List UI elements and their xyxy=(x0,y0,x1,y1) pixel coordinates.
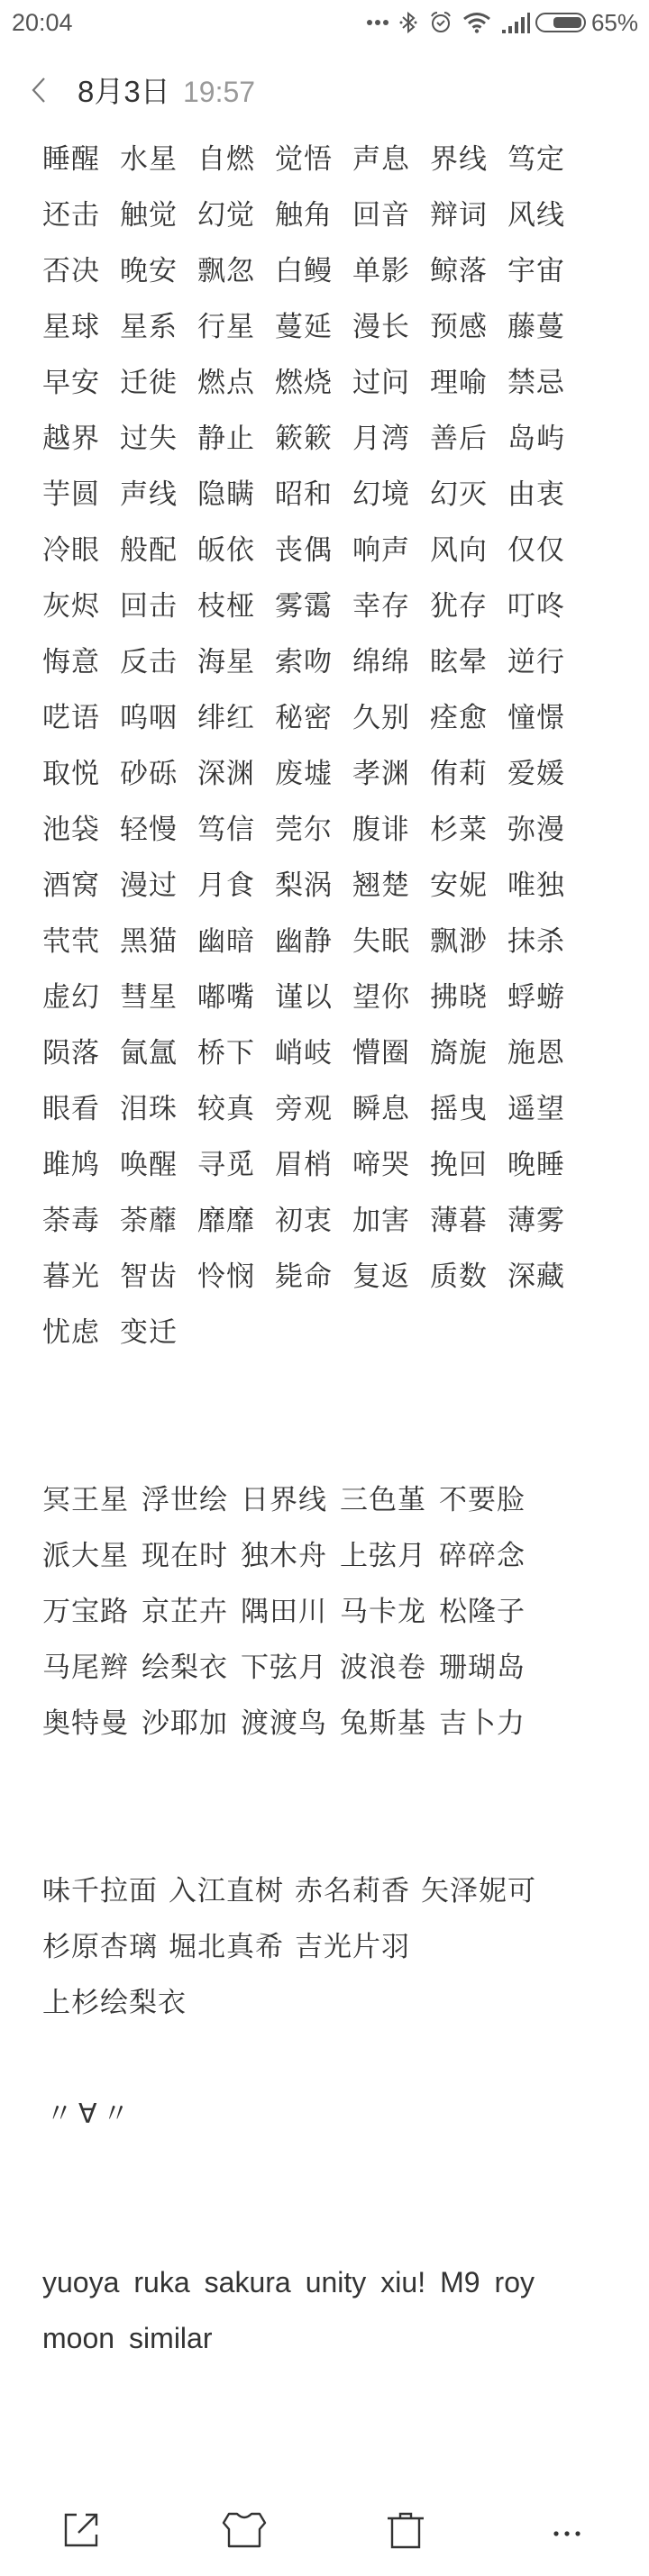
note-word: roy xyxy=(495,2254,535,2310)
note-word: 下弦月 xyxy=(241,1640,327,1696)
note-word: 风线 xyxy=(507,187,565,243)
note-time: 19:57 xyxy=(183,76,255,108)
note-word: 飘忽 xyxy=(197,243,255,299)
note-word: 京芷卉 xyxy=(142,1584,228,1640)
note-word: 变迁 xyxy=(120,1305,178,1361)
note-line: 芋圆声线隐瞒昭和幻境幻灭由衷 xyxy=(42,467,628,523)
note-word: 松隆子 xyxy=(439,1584,526,1640)
note-word: 取悦 xyxy=(42,746,100,802)
note-word: 呓语 xyxy=(42,690,100,746)
note-word: ruka xyxy=(133,2254,189,2310)
note-word: 虚幻 xyxy=(42,969,100,1025)
note-word: 眩晕 xyxy=(430,634,488,690)
note-word: 迁徙 xyxy=(120,355,178,411)
note-line: 否决晚安飘忽白鳗单影鲸落宇宙 xyxy=(42,243,628,299)
note-line: 万宝路京芷卉隅田川马卡龙松隆子 xyxy=(42,1584,628,1640)
note-word: 挽回 xyxy=(430,1137,488,1193)
note-word: 碎碎念 xyxy=(439,1528,526,1584)
blank-line xyxy=(42,2031,628,2087)
note-word: 禁忌 xyxy=(507,355,565,411)
note-word: 回击 xyxy=(120,578,178,634)
note-word: 陨落 xyxy=(42,1025,100,1081)
note-word: 上弦月 xyxy=(340,1528,426,1584)
note-word: 幻灭 xyxy=(430,467,488,523)
note-word: 氤氲 xyxy=(120,1025,178,1081)
note-word: 砂砾 xyxy=(120,746,178,802)
note-word: 摇曳 xyxy=(430,1081,488,1137)
note-word: 杉原杏璃 xyxy=(42,1919,158,1975)
note-word: 吉光片羽 xyxy=(295,1919,410,1975)
note-word: 波浪卷 xyxy=(340,1640,426,1696)
note-word: 雾霭 xyxy=(275,578,333,634)
note-line: 眼看泪珠较真旁观瞬息摇曳遥望 xyxy=(42,1081,628,1137)
note-line: 酒窝漫过月食梨涡翘楚安妮唯独 xyxy=(42,858,628,914)
note-word: 轻慢 xyxy=(120,802,178,858)
note-word: 荼毒 xyxy=(42,1193,100,1249)
note-word: 笃信 xyxy=(197,802,255,858)
note-word: 由衷 xyxy=(507,467,565,523)
note-word: 悔意 xyxy=(42,634,100,690)
note-word: 薄暮 xyxy=(430,1193,488,1249)
note-word: 施恩 xyxy=(507,1025,565,1081)
note-line: 雎鸠唤醒寻觅眉梢啼哭挽回晚睡 xyxy=(42,1137,628,1193)
note-word: 初衷 xyxy=(275,1193,333,1249)
note-word: 蔓延 xyxy=(275,299,333,355)
note-word: 笃定 xyxy=(507,132,565,187)
note-word: 声线 xyxy=(120,467,178,523)
note-word: 隐瞒 xyxy=(197,467,255,523)
note-word: 废墟 xyxy=(275,746,333,802)
status-icons: 65% xyxy=(362,9,638,36)
note-word: 幻觉 xyxy=(197,187,255,243)
battery-percent: 65% xyxy=(591,9,638,36)
note-word: 杉菜 xyxy=(430,802,488,858)
note-word: 爱媛 xyxy=(507,746,565,802)
theme-button[interactable] xyxy=(222,2512,267,2552)
note-line: 冥王星浮世绘日界线三色堇不要脸 xyxy=(42,1472,628,1528)
note-word: 鲸落 xyxy=(430,243,488,299)
note-word: 行星 xyxy=(197,299,255,355)
note-word: 上杉绘梨衣 xyxy=(42,1975,187,2031)
note-word: 旖旎 xyxy=(430,1025,488,1081)
trash-icon xyxy=(386,2511,425,2553)
note-word: 忧虑 xyxy=(42,1305,100,1361)
bottom-toolbar xyxy=(0,2496,649,2568)
blank-line xyxy=(42,2143,628,2198)
note-word: 理喻 xyxy=(430,355,488,411)
note-word: 过问 xyxy=(352,355,410,411)
kaomoji-line: 〃∀〃 xyxy=(42,2087,628,2143)
note-word: 莞尔 xyxy=(275,802,333,858)
note-line: 灰烬回击枝桠雾霭幸存犹存叮咚 xyxy=(42,578,628,634)
note-word: 堀北真希 xyxy=(169,1919,284,1975)
note-line: 星球星系行星蔓延漫长预感藤蔓 xyxy=(42,299,628,355)
note-line: moonsimilar xyxy=(42,2310,628,2366)
note-word: 久别 xyxy=(352,690,410,746)
note-word: 峭岐 xyxy=(275,1025,333,1081)
note-word: 吉卜力 xyxy=(439,1696,526,1752)
note-word: 旁观 xyxy=(275,1081,333,1137)
note-word: 睡醒 xyxy=(42,132,100,187)
note-word: 灰烬 xyxy=(42,578,100,634)
note-word: 智齿 xyxy=(120,1249,178,1305)
note-word: 还击 xyxy=(42,187,100,243)
note-line: 派大星现在时独木舟上弦月碎碎念 xyxy=(42,1528,628,1584)
note-line: 奥特曼沙耶加渡渡鸟兔斯基吉卜力 xyxy=(42,1696,628,1752)
note-line: yuoyarukasakuraunityxiu!M9roy xyxy=(42,2254,628,2310)
note-word: unity xyxy=(306,2254,367,2310)
note-line: 冷眼般配皈依丧偶响声风向仅仅 xyxy=(42,523,628,578)
note-word: 遥望 xyxy=(507,1081,565,1137)
note-line: 虚幻彗星嘟嘴谨以望你拂晓蜉蝣 xyxy=(42,969,628,1025)
note-word: 入江直树 xyxy=(169,1863,284,1919)
note-word: 桥下 xyxy=(197,1025,255,1081)
note-word: 燃点 xyxy=(197,355,255,411)
note-word: 单影 xyxy=(352,243,410,299)
note-word: 预感 xyxy=(430,299,488,355)
note-word: 弥漫 xyxy=(507,802,565,858)
blank-line xyxy=(42,1416,628,1472)
share-export-icon xyxy=(64,2513,98,2551)
note-word: similar xyxy=(129,2310,212,2366)
note-word: 晚安 xyxy=(120,243,178,299)
note-word: 皈依 xyxy=(197,523,255,578)
note-word: 幽静 xyxy=(275,914,333,969)
note-word: 憧憬 xyxy=(507,690,565,746)
note-word: 三色堇 xyxy=(340,1472,426,1528)
word-section-two-char: 睡醒水星自燃觉悟声息界线笃定还击触觉幻觉触角回音辩词风线否决晚安飘忽白鳗单影鲸落… xyxy=(42,132,628,1361)
note-word: xiu! xyxy=(380,2254,425,2310)
share-button[interactable] xyxy=(59,2512,104,2552)
note-word: 腹诽 xyxy=(352,802,410,858)
note-word: 否决 xyxy=(42,243,100,299)
note-word: 早安 xyxy=(42,355,100,411)
note-word: 独木舟 xyxy=(241,1528,327,1584)
note-word: 靡靡 xyxy=(197,1193,255,1249)
signal-icon xyxy=(496,9,535,36)
note-word: 珊瑚岛 xyxy=(439,1640,526,1696)
note-word: 寻觅 xyxy=(197,1137,255,1193)
note-word: yuoya xyxy=(42,2254,119,2310)
note-word: 冥王星 xyxy=(42,1472,129,1528)
note-word: 较真 xyxy=(197,1081,255,1137)
note-line: 呓语呜咽绯红秘密久别痊愈憧憬 xyxy=(42,690,628,746)
note-word: 渡渡鸟 xyxy=(241,1696,327,1752)
note-word: 矢泽妮可 xyxy=(421,1863,536,1919)
note-word: 藤蔓 xyxy=(507,299,565,355)
note-word: 派大星 xyxy=(42,1528,129,1584)
note-word: 侑莉 xyxy=(430,746,488,802)
battery-icon xyxy=(535,9,586,36)
note-word: 海星 xyxy=(197,634,255,690)
note-word: 触觉 xyxy=(120,187,178,243)
note-date: 8月3日 xyxy=(78,76,170,108)
note-word: 雎鸠 xyxy=(42,1137,100,1193)
bluetooth-icon xyxy=(393,9,424,36)
note-word: 兔斯基 xyxy=(340,1696,426,1752)
note-word: 簌簌 xyxy=(275,411,333,467)
note-line: 马尾辫绘梨衣下弦月波浪卷珊瑚岛 xyxy=(42,1640,628,1696)
note-word: 般配 xyxy=(120,523,178,578)
note-word: 酒窝 xyxy=(42,858,100,914)
alarm-icon xyxy=(424,9,458,36)
note-line: 忧虑变迁 xyxy=(42,1305,628,1361)
note-line: 暮光智齿怜悯毙命复返质数深藏 xyxy=(42,1249,628,1305)
note-word: 奥特曼 xyxy=(42,1696,129,1752)
note-word: 响声 xyxy=(352,523,410,578)
note-word: 万宝路 xyxy=(42,1584,129,1640)
note-word: 懵圈 xyxy=(352,1025,410,1081)
note-word: 瞬息 xyxy=(352,1081,410,1137)
note-word: 枝桠 xyxy=(197,578,255,634)
delete-button[interactable] xyxy=(383,2512,428,2552)
note-word: 过失 xyxy=(120,411,178,467)
note-word: 辩词 xyxy=(430,187,488,243)
word-section-three-char: 冥王星浮世绘日界线三色堇不要脸派大星现在时独木舟上弦月碎碎念万宝路京芷卉隅田川马… xyxy=(42,1472,628,1752)
note-word: 失眠 xyxy=(352,914,410,969)
note-content[interactable]: 睡醒水星自燃觉悟声息界线笃定还击触觉幻觉触角回音辩词风线否决晚安飘忽白鳗单影鲸落… xyxy=(42,132,628,2366)
note-word: 不要脸 xyxy=(439,1472,526,1528)
more-horizontal-icon xyxy=(553,2524,581,2541)
note-word: 回音 xyxy=(352,187,410,243)
note-word: 黑猫 xyxy=(120,914,178,969)
note-word: 星系 xyxy=(120,299,178,355)
note-word: 茕茕 xyxy=(42,914,100,969)
note-word: 叮咚 xyxy=(507,578,565,634)
note-word: 毙命 xyxy=(275,1249,333,1305)
back-button[interactable] xyxy=(25,76,52,108)
note-word: 唯独 xyxy=(507,858,565,914)
blank-line xyxy=(42,1361,628,1416)
note-word: 呜咽 xyxy=(120,690,178,746)
note-word: moon xyxy=(42,2310,114,2366)
note-word: 马尾辫 xyxy=(42,1640,129,1696)
note-word: 薄雾 xyxy=(507,1193,565,1249)
note-word: 池袋 xyxy=(42,802,100,858)
chevron-left-icon xyxy=(31,77,47,107)
blank-line xyxy=(42,1807,628,1863)
note-line: 还击触觉幻觉触角回音辩词风线 xyxy=(42,187,628,243)
note-word: 芋圆 xyxy=(42,467,100,523)
note-word: 飘渺 xyxy=(430,914,488,969)
note-word: 自燃 xyxy=(197,132,255,187)
note-line: 睡醒水星自燃觉悟声息界线笃定 xyxy=(42,132,628,187)
note-word: 幻境 xyxy=(352,467,410,523)
note-line: 荼毒荼蘼靡靡初衷加害薄暮薄雾 xyxy=(42,1193,628,1249)
note-word: 深渊 xyxy=(197,746,255,802)
note-word: 幽暗 xyxy=(197,914,255,969)
note-word: 复返 xyxy=(352,1249,410,1305)
note-word: 昭和 xyxy=(275,467,333,523)
note-word: 绯红 xyxy=(197,690,255,746)
note-word: 越界 xyxy=(42,411,100,467)
wifi-icon xyxy=(458,9,496,36)
more-dots-icon xyxy=(362,9,393,36)
note-word: 暮光 xyxy=(42,1249,100,1305)
note-word: 味千拉面 xyxy=(42,1863,158,1919)
note-header: 8月3日 19:57 xyxy=(0,70,649,114)
note-word: 日界线 xyxy=(241,1472,327,1528)
note-word: 深藏 xyxy=(507,1249,565,1305)
note-word: 痊愈 xyxy=(430,690,488,746)
note-line: 茕茕黑猫幽暗幽静失眠飘渺抹杀 xyxy=(42,914,628,969)
note-line: 杉原杏璃堀北真希吉光片羽 xyxy=(42,1919,628,1975)
note-word: 星球 xyxy=(42,299,100,355)
note-word: 犹存 xyxy=(430,578,488,634)
note-word: 宇宙 xyxy=(507,243,565,299)
note-word: 谨以 xyxy=(275,969,333,1025)
note-line: 取悦砂砾深渊废墟孝渊侑莉爱媛 xyxy=(42,746,628,802)
note-word: 马卡龙 xyxy=(340,1584,426,1640)
note-word: 沙耶加 xyxy=(142,1696,228,1752)
note-word: 质数 xyxy=(430,1249,488,1305)
note-word: 索吻 xyxy=(275,634,333,690)
note-word: 漫过 xyxy=(120,858,178,914)
note-word: 嘟嘴 xyxy=(197,969,255,1025)
note-word: 绵绵 xyxy=(352,634,410,690)
status-time: 20:04 xyxy=(12,9,73,36)
note-word: 啼哭 xyxy=(352,1137,410,1193)
tshirt-icon xyxy=(222,2512,267,2552)
word-section-latin: yuoyarukasakuraunityxiu!M9roymoonsimilar xyxy=(42,2254,628,2366)
blank-line xyxy=(42,1752,628,1807)
note-word: 晚睡 xyxy=(507,1137,565,1193)
note-word: 风向 xyxy=(430,523,488,578)
note-word: 怜悯 xyxy=(197,1249,255,1305)
note-word: 蜉蝣 xyxy=(507,969,565,1025)
note-word: 秘密 xyxy=(275,690,333,746)
note-word: 仅仅 xyxy=(507,523,565,578)
note-word: 逆行 xyxy=(507,634,565,690)
note-word: sakura xyxy=(205,2254,291,2310)
note-word: 月食 xyxy=(197,858,255,914)
note-word: 孝渊 xyxy=(352,746,410,802)
more-button[interactable] xyxy=(544,2512,590,2552)
note-word: 燃烧 xyxy=(275,355,333,411)
note-word: 觉悟 xyxy=(275,132,333,187)
note-line: 越界过失静止簌簌月湾善后岛屿 xyxy=(42,411,628,467)
note-word: 绘梨衣 xyxy=(142,1640,228,1696)
note-word: 现在时 xyxy=(142,1528,228,1584)
note-word: 白鳗 xyxy=(275,243,333,299)
note-line: 味千拉面入江直树赤名莉香矢泽妮可 xyxy=(42,1863,628,1919)
note-word: 梨涡 xyxy=(275,858,333,914)
note-word: 冷眼 xyxy=(42,523,100,578)
note-word: 拂晓 xyxy=(430,969,488,1025)
note-word: 静止 xyxy=(197,411,255,467)
note-word: M9 xyxy=(440,2254,480,2310)
note-word: 眉梢 xyxy=(275,1137,333,1193)
note-word: 声息 xyxy=(352,132,410,187)
word-section-names: 味千拉面入江直树赤名莉香矢泽妮可杉原杏璃堀北真希吉光片羽上杉绘梨衣 xyxy=(42,1863,628,2031)
note-word: 月湾 xyxy=(352,411,410,467)
blank-line xyxy=(42,2198,628,2254)
note-word: 泪珠 xyxy=(120,1081,178,1137)
note-line: 早安迁徙燃点燃烧过问理喻禁忌 xyxy=(42,355,628,411)
note-word: 幸存 xyxy=(352,578,410,634)
note-word: 彗星 xyxy=(120,969,178,1025)
note-line: 池袋轻慢笃信莞尔腹诽杉菜弥漫 xyxy=(42,802,628,858)
note-word: 赤名莉香 xyxy=(295,1863,410,1919)
note-word: 荼蘼 xyxy=(120,1193,178,1249)
note-line: 陨落氤氲桥下峭岐懵圈旖旎施恩 xyxy=(42,1025,628,1081)
note-word: 浮世绘 xyxy=(142,1472,228,1528)
note-word: 漫长 xyxy=(352,299,410,355)
note-word: 眼看 xyxy=(42,1081,100,1137)
note-line: 上杉绘梨衣 xyxy=(42,1975,628,2031)
note-word: 界线 xyxy=(430,132,488,187)
note-word: 水星 xyxy=(120,132,178,187)
status-bar: 20:04 65% xyxy=(0,0,649,45)
note-word: 望你 xyxy=(352,969,410,1025)
note-word: 加害 xyxy=(352,1193,410,1249)
note-word: 善后 xyxy=(430,411,488,467)
note-line: 悔意反击海星索吻绵绵眩晕逆行 xyxy=(42,634,628,690)
note-word: 反击 xyxy=(120,634,178,690)
note-word: 丧偶 xyxy=(275,523,333,578)
note-word: 岛屿 xyxy=(507,411,565,467)
note-word: 抹杀 xyxy=(507,914,565,969)
note-word: 翘楚 xyxy=(352,858,410,914)
note-word: 隅田川 xyxy=(241,1584,327,1640)
note-word: 触角 xyxy=(275,187,333,243)
note-word: 唤醒 xyxy=(120,1137,178,1193)
note-word: 安妮 xyxy=(430,858,488,914)
